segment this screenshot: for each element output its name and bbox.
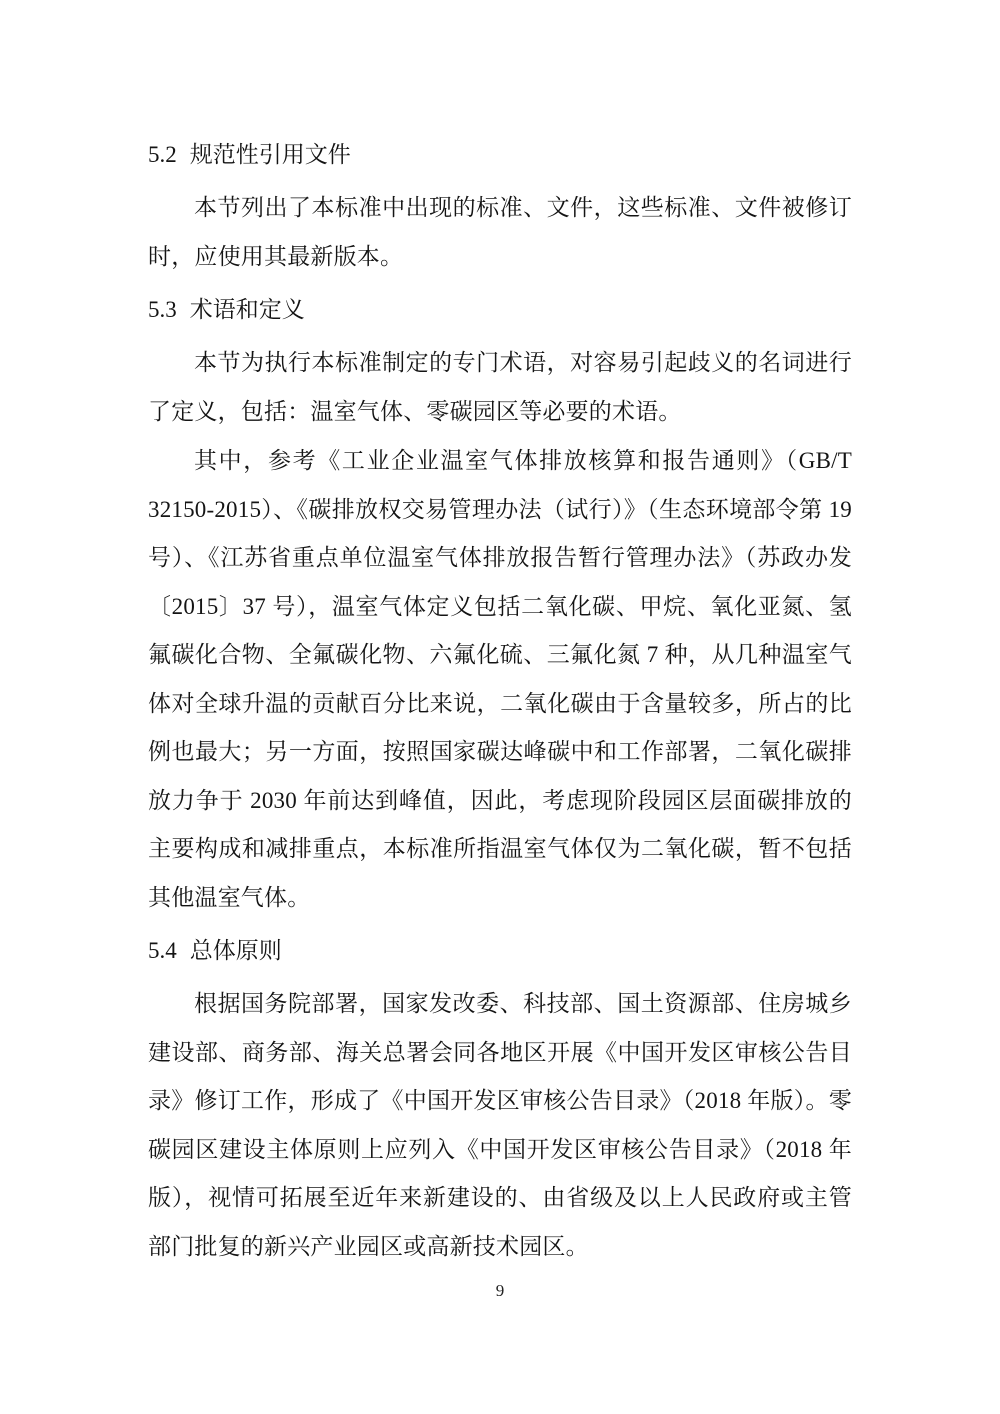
section-number: 5.4 [148, 938, 177, 963]
paragraph: 其中，参考《工业企业温室气体排放核算和报告通则》（GB/T 32150-2015… [148, 437, 852, 922]
section-title: 术语和定义 [190, 297, 305, 322]
section-heading: 5.2规范性引用文件 [148, 131, 852, 179]
section-number: 5.2 [148, 142, 177, 167]
section-title: 总体原则 [190, 938, 282, 963]
paragraph: 根据国务院部署，国家发改委、科技部、国土资源部、住房城乡建设部、商务部、海关总署… [148, 980, 852, 1271]
paragraph: 本节列出了本标准中出现的标准、文件，这些标准、文件被修订时，应使用其最新版本。 [148, 184, 852, 281]
section-number: 5.3 [148, 297, 177, 322]
page-footer: 9 [0, 1281, 1000, 1301]
section-heading: 5.4总体原则 [148, 927, 852, 975]
section-heading: 5.3术语和定义 [148, 286, 852, 334]
paragraph: 本节为执行本标准制定的专门术语，对容易引起歧义的名词进行了定义，包括：温室气体、… [148, 339, 852, 436]
document-page: 5.2规范性引用文件本节列出了本标准中出现的标准、文件，这些标准、文件被修订时，… [0, 0, 1000, 1414]
section-title: 规范性引用文件 [190, 142, 351, 167]
document-content: 5.2规范性引用文件本节列出了本标准中出现的标准、文件，这些标准、文件被修订时，… [148, 131, 852, 1271]
page-number: 9 [496, 1281, 505, 1300]
